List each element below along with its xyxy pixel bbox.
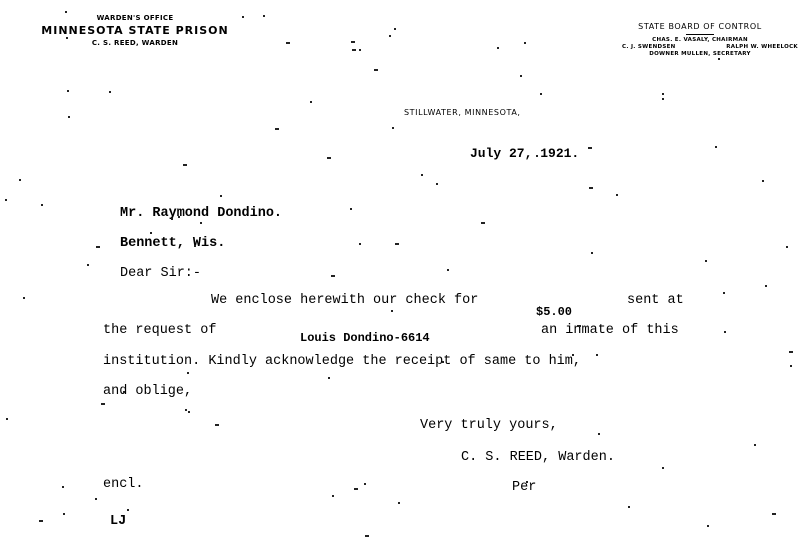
noise-speck: [520, 75, 522, 77]
noise-speck: [572, 354, 574, 356]
per-label: Per: [512, 480, 536, 495]
noise-speck: [41, 204, 43, 206]
noise-speck: [724, 331, 726, 333]
body-text: We enclose herewith our check for: [211, 293, 478, 308]
noise-speck: [395, 243, 399, 245]
noise-speck: [707, 525, 709, 527]
noise-speck: [365, 535, 369, 537]
noise-speck: [481, 222, 485, 224]
noise-speck: [62, 486, 64, 488]
noise-speck: [588, 147, 592, 149]
noise-speck: [215, 424, 219, 426]
warden-label: C. S. REED, WARDEN: [20, 39, 250, 47]
typist-initials: LJ: [110, 514, 126, 529]
noise-speck: [242, 16, 244, 18]
noise-speck: [497, 47, 499, 49]
noise-speck: [715, 146, 717, 148]
noise-speck: [524, 42, 526, 44]
board-title: STATE BOARD OF CONTROL: [600, 22, 800, 31]
body-text: and oblige,: [103, 384, 192, 399]
noise-speck: [662, 93, 664, 95]
noise-speck: [790, 365, 792, 367]
noise-speck: [220, 195, 222, 197]
institution-name: MINNESOTA STATE PRISON: [20, 24, 250, 37]
noise-speck: [66, 37, 68, 39]
noise-speck: [394, 28, 396, 30]
divider: [686, 34, 714, 35]
place-line: STILLWATER, MINNESOTA,: [404, 108, 521, 117]
noise-speck: [194, 245, 196, 247]
noise-speck: [389, 35, 391, 37]
letterhead-right: STATE BOARD OF CONTROL CHAS. E. VASALY, …: [600, 22, 800, 58]
noise-speck: [536, 155, 538, 157]
noise-speck: [447, 269, 449, 271]
noise-speck: [577, 325, 581, 327]
noise-speck: [263, 15, 265, 17]
noise-speck: [332, 495, 334, 497]
noise-speck: [540, 93, 542, 95]
noise-speck: [178, 216, 180, 218]
board-member: C. J. SWENDSEN: [622, 44, 676, 51]
salutation: Dear Sir:-: [120, 266, 201, 281]
noise-speck: [421, 174, 423, 176]
body-text: institution. Kindly acknowledge the rece…: [103, 354, 581, 369]
body-text: an inmate of this: [541, 323, 679, 338]
enclosure-note: encl.: [103, 477, 144, 492]
noise-speck: [589, 187, 593, 189]
noise-speck: [127, 509, 129, 511]
secretary: DOWNER MULLEN, SECRETARY: [600, 51, 800, 58]
noise-speck: [328, 377, 330, 379]
noise-speck: [718, 58, 720, 60]
noise-speck: [705, 260, 707, 262]
noise-speck: [359, 243, 361, 245]
noise-speck: [5, 199, 7, 201]
noise-speck: [772, 513, 776, 515]
noise-speck: [19, 179, 21, 181]
letterhead-left: WARDEN'S OFFICE MINNESOTA STATE PRISON C…: [20, 14, 250, 47]
noise-speck: [23, 297, 25, 299]
noise-speck: [39, 520, 43, 522]
chairman: CHAS. E. VASALY, CHAIRMAN: [600, 37, 800, 44]
noise-speck: [442, 361, 444, 363]
noise-speck: [188, 411, 190, 413]
recipient-name: Mr. Raymond Dondino.: [120, 206, 282, 221]
check-amount: $5.00: [536, 305, 572, 319]
board-member: RALPH W. WHEELOCK: [726, 44, 798, 51]
noise-speck: [200, 222, 202, 224]
noise-speck: [765, 285, 767, 287]
noise-speck: [123, 391, 125, 393]
noise-speck: [87, 264, 89, 266]
signature-block: C. S. REED, Warden.: [461, 450, 615, 465]
board-members: C. J. SWENDSEN RALPH W. WHEELOCK: [600, 44, 800, 51]
noise-speck: [616, 194, 618, 196]
noise-speck: [95, 498, 97, 500]
noise-speck: [789, 351, 793, 353]
noise-speck: [374, 69, 378, 71]
noise-speck: [310, 101, 312, 103]
body-text: the request of: [103, 323, 216, 338]
noise-speck: [598, 433, 600, 435]
noise-speck: [662, 98, 664, 100]
noise-speck: [754, 444, 756, 446]
noise-speck: [354, 488, 358, 490]
noise-speck: [359, 49, 361, 51]
noise-speck: [350, 208, 352, 210]
noise-speck: [275, 128, 279, 130]
body-text: sent at: [627, 293, 684, 308]
noise-speck: [171, 218, 173, 220]
recipient-city: Bennett, Wis.: [120, 236, 225, 251]
noise-speck: [591, 252, 593, 254]
noise-speck: [331, 275, 335, 277]
noise-speck: [327, 157, 331, 159]
noise-speck: [286, 42, 290, 44]
noise-speck: [628, 506, 630, 508]
noise-speck: [185, 409, 187, 411]
noise-speck: [96, 246, 100, 248]
noise-speck: [63, 513, 65, 515]
noise-speck: [526, 481, 528, 483]
noise-speck: [662, 467, 664, 469]
noise-speck: [391, 310, 393, 312]
noise-speck: [183, 164, 187, 166]
noise-speck: [352, 49, 356, 51]
noise-speck: [68, 116, 70, 118]
noise-speck: [436, 183, 438, 185]
letter-date: July 27, 1921.: [470, 146, 579, 161]
noise-speck: [762, 180, 764, 182]
noise-speck: [150, 232, 152, 234]
noise-speck: [398, 502, 400, 504]
noise-speck: [351, 41, 355, 43]
closing: Very truly yours,: [420, 418, 558, 433]
noise-speck: [723, 292, 725, 294]
noise-speck: [101, 403, 105, 405]
noise-speck: [67, 90, 69, 92]
noise-speck: [364, 483, 366, 485]
noise-speck: [187, 372, 189, 374]
inmate-name: Louis Dondino-6614: [300, 331, 430, 345]
noise-speck: [65, 11, 67, 13]
noise-speck: [392, 127, 394, 129]
noise-speck: [786, 246, 788, 248]
noise-speck: [6, 418, 8, 420]
noise-speck: [109, 91, 111, 93]
noise-speck: [596, 354, 598, 356]
office-label: WARDEN'S OFFICE: [20, 14, 250, 22]
